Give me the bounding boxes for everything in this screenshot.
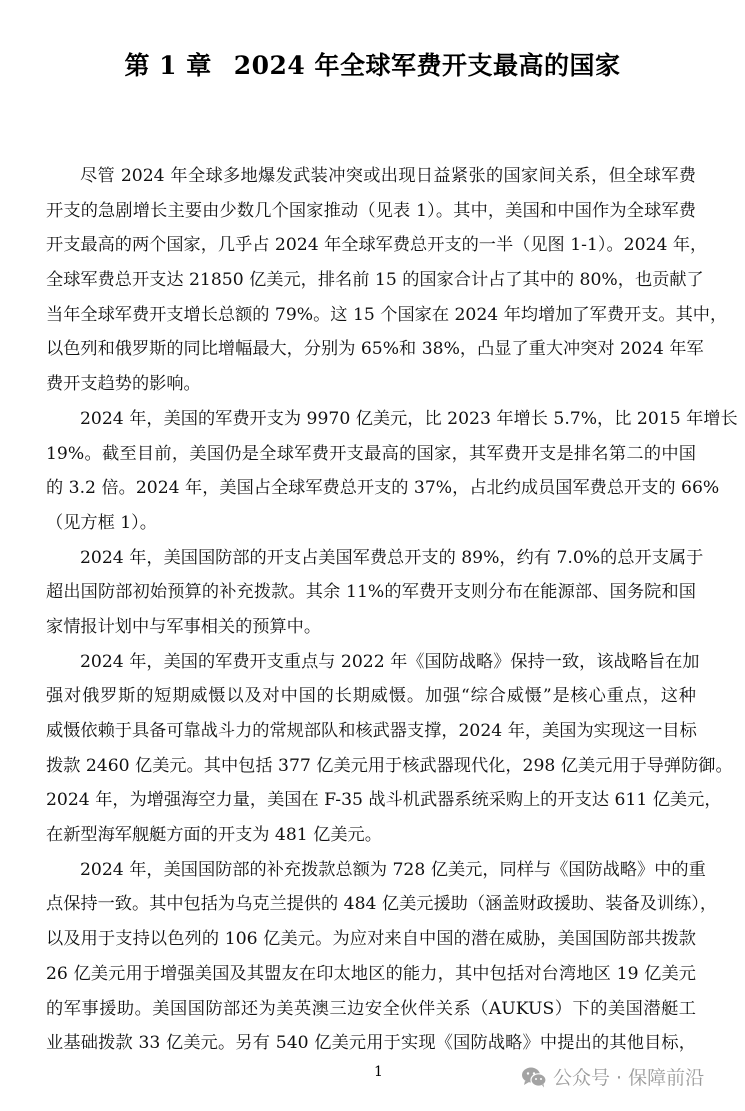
wechat-icon bbox=[521, 1066, 547, 1088]
text-line: 开支最高的两个国家，几乎占 2024 年全球军费总开支的一半（见图 1-1）。2… bbox=[46, 228, 696, 263]
text-line: 拨款 2460 亿美元。其中包括 377 亿美元用于核武器现代化，298 亿美元… bbox=[46, 749, 696, 784]
text-line: 以色列和俄罗斯的同比增幅最大，分别为 65%和 38%，凸显了重大冲突对 202… bbox=[46, 332, 696, 367]
paragraph: 2024 年，美国的军费开支重点与 2022 年《国防战略》保持一致，该战略旨在… bbox=[46, 645, 696, 853]
text-line: 家情报计划中与军事相关的预算中。 bbox=[46, 610, 696, 645]
text-line: 的军事援助。美国国防部还为美英澳三边安全伙伴关系（AUKUS）下的美国潜艇工 bbox=[46, 992, 696, 1027]
text-line: 2024 年，为增强海空力量，美国在 F-35 战斗机武器系统采购上的开支达 6… bbox=[46, 783, 696, 818]
watermark-text: 公众号 · 保障前沿 bbox=[553, 1063, 704, 1090]
text-line: 的 3.2 倍。2024 年，美国占全球军费总开支的 37%，占北约成员国军费总… bbox=[46, 471, 696, 506]
text-line: 19%。截至目前，美国仍是全球军费开支最高的国家，其军费开支是排名第二的中国 bbox=[46, 437, 696, 472]
watermark: 公众号 · 保障前沿 bbox=[521, 1063, 704, 1090]
text-line: 在新型海军舰艇方面的开支为 481 亿美元。 bbox=[46, 818, 696, 853]
text-line: 全球军费总开支达 21850 亿美元，排名前 15 的国家合计占了其中的 80%… bbox=[46, 263, 696, 298]
text-line: 开支的急剧增长主要由少数几个国家推动（见表 1）。其中，美国和中国作为全球军费 bbox=[46, 194, 696, 229]
text-line: 2024 年，美国的军费开支为 9970 亿美元，比 2023 年增长 5.7%… bbox=[46, 402, 696, 437]
text-line: 尽管 2024 年全球多地爆发武装冲突或出现日益紧张的国家间关系，但全球军费 bbox=[46, 159, 696, 194]
paragraph: 2024 年，美国国防部的开支占美国军费总开支的 89%，约有 7.0%的总开支… bbox=[46, 541, 696, 645]
text-line: 强对俄罗斯的短期威慑以及对中国的长期威慑。加强“综合威慑”是核心重点，这种 bbox=[46, 679, 696, 714]
document-page: 第 1 章2024 年全球军费开支最高的国家 尽管 2024 年全球多地爆发武装… bbox=[0, 0, 745, 1111]
page-number: 1 bbox=[374, 1064, 383, 1080]
paragraph: 2024 年，美国国防部的补充拨款总额为 728 亿美元，同样与《国防战略》中的… bbox=[46, 853, 696, 1061]
body-text: 尽管 2024 年全球多地爆发武装冲突或出现日益紧张的国家间关系，但全球军费 开… bbox=[46, 159, 696, 1061]
chapter-title: 第 1 章2024 年全球军费开支最高的国家 bbox=[0, 46, 745, 82]
text-line: （见方框 1）。 bbox=[46, 506, 696, 541]
text-line: 2024 年，美国的军费开支重点与 2022 年《国防战略》保持一致，该战略旨在… bbox=[46, 645, 696, 680]
text-line: 2024 年，美国国防部的补充拨款总额为 728 亿美元，同样与《国防战略》中的… bbox=[46, 853, 696, 888]
text-line: 威慑依赖于具备可靠战斗力的常规部队和核武器支撑，2024 年，美国为实现这一目标 bbox=[46, 714, 696, 749]
chapter-number: 第 1 章 bbox=[124, 51, 211, 80]
text-line: 超出国防部初始预算的补充拨款。其余 11%的军费开支则分布在能源部、国务院和国 bbox=[46, 575, 696, 610]
text-line: 2024 年，美国国防部的开支占美国军费总开支的 89%，约有 7.0%的总开支… bbox=[46, 541, 696, 576]
text-line: 业基础拨款 33 亿美元。另有 540 亿美元用于实现《国防战略》中提出的其他目… bbox=[46, 1026, 696, 1061]
paragraph: 2024 年，美国的军费开支为 9970 亿美元，比 2023 年增长 5.7%… bbox=[46, 402, 696, 541]
text-line: 26 亿美元用于增强美国及其盟友在印太地区的能力，其中包括对台湾地区 19 亿美… bbox=[46, 957, 696, 992]
text-line: 以及用于支持以色列的 106 亿美元。为应对来自中国的潜在威胁，美国国防部共拨款 bbox=[46, 922, 696, 957]
text-line: 当年全球军费开支增长总额的 79%。这 15 个国家在 2024 年均增加了军费… bbox=[46, 298, 696, 333]
chapter-heading: 2024 年全球军费开支最高的国家 bbox=[234, 51, 621, 80]
paragraph: 尽管 2024 年全球多地爆发武装冲突或出现日益紧张的国家间关系，但全球军费 开… bbox=[46, 159, 696, 402]
text-line: 点保持一致。其中包括为乌克兰提供的 484 亿美元援助（涵盖财政援助、装备及训练… bbox=[46, 887, 696, 922]
text-line: 费开支趋势的影响。 bbox=[46, 367, 696, 402]
